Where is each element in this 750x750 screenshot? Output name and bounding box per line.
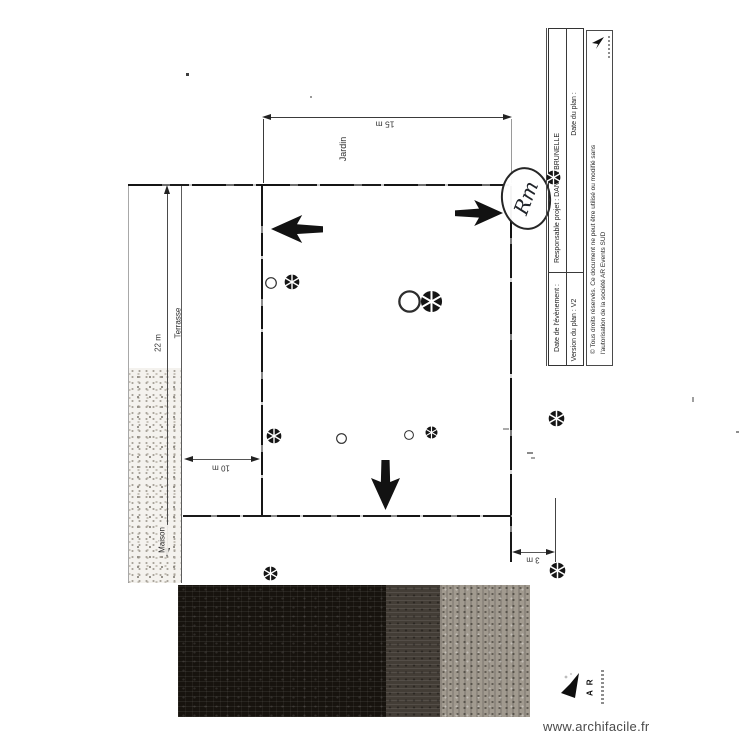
strip-right-edge: [181, 186, 182, 583]
dimension-arrowhead-icon: [512, 549, 521, 555]
ar-fineprint: [601, 668, 604, 704]
scan-light-band: [440, 585, 530, 717]
plot-border-bottom: [183, 515, 512, 517]
scan-speck: [692, 397, 694, 402]
house-hatch-area: [129, 368, 182, 583]
tree-icon: [420, 290, 443, 313]
ar-logo-icon: [558, 671, 582, 701]
dimension-label-15m: 15 m: [376, 119, 395, 128]
arrow-right-icon: [455, 200, 503, 226]
garden-label: Jardin: [339, 137, 349, 162]
dimension-yard-line: [188, 459, 256, 460]
tree-icon: [284, 274, 300, 290]
dimension-top-line: [266, 117, 508, 118]
tree-icon: [263, 566, 278, 581]
plot-border-left: [261, 186, 263, 516]
scan-dark-band: [178, 585, 386, 717]
house-label: Maison: [158, 525, 169, 555]
arrow-left-icon: [271, 215, 323, 243]
north-arrow-icon: [591, 34, 605, 50]
terrace-label: Terrasse: [175, 308, 184, 339]
scan-speck: [503, 428, 509, 430]
title-block-divider: [566, 28, 567, 366]
scan-speck: [310, 96, 312, 98]
event-date-label: Date de l'évènement :: [554, 284, 562, 352]
scan-speck: [186, 73, 189, 76]
terrace-house-strip: [128, 186, 181, 583]
tree-icon: [425, 426, 438, 439]
title-block-outer-edge: [546, 28, 547, 366]
scan-mid-band: [386, 585, 440, 717]
dimension-arrowhead-icon: [546, 549, 555, 555]
dimension-arrowhead-icon: [251, 456, 260, 462]
plot-border-top: [128, 184, 512, 186]
arrow-down-icon: [371, 460, 400, 510]
tree-outline-icon: [398, 290, 421, 313]
responsible-text: Responsable projet : DANIEL BRUNELLE: [554, 133, 562, 263]
tree-icon: [266, 428, 282, 444]
dimension-label-10m: 10 m: [212, 463, 230, 472]
dimension-arrowhead-icon: [164, 185, 170, 194]
plan-date-label: Date du plan :: [571, 92, 579, 136]
ar-logo-text: A R: [587, 678, 596, 696]
tree-icon: [549, 562, 566, 579]
tree-outline-icon: [265, 276, 277, 288]
scan-speck: [527, 452, 533, 454]
watermark-text: www.archifacile.fr: [543, 720, 650, 734]
dimension-arrowhead-icon: [184, 456, 193, 462]
corner-fineprint: [608, 34, 610, 58]
scanned-plan-page: { "page": { "watermark": "www.archifacil…: [0, 0, 750, 750]
scan-speck: [736, 431, 739, 433]
scan-speck: [531, 457, 535, 459]
extension-line: [555, 498, 556, 562]
extension-line: [263, 119, 264, 183]
tree-icon: [548, 410, 565, 427]
dimension-label-3m: 3 m: [526, 555, 539, 564]
signature-text: Rm: [509, 177, 544, 217]
dimension-left-line: [167, 192, 168, 548]
tree-icon: [546, 170, 561, 185]
plan-version-text: Version du plan : V2: [571, 299, 579, 362]
plot-border-right: [510, 186, 512, 562]
copyright-text: © Tous droits réservés. Ce document ne p…: [589, 110, 609, 354]
title-block-divider: [548, 272, 584, 273]
tree-outline-icon: [404, 427, 414, 437]
tree-outline-icon: [336, 431, 347, 442]
dimension-label-22m: 22 m: [155, 334, 164, 352]
